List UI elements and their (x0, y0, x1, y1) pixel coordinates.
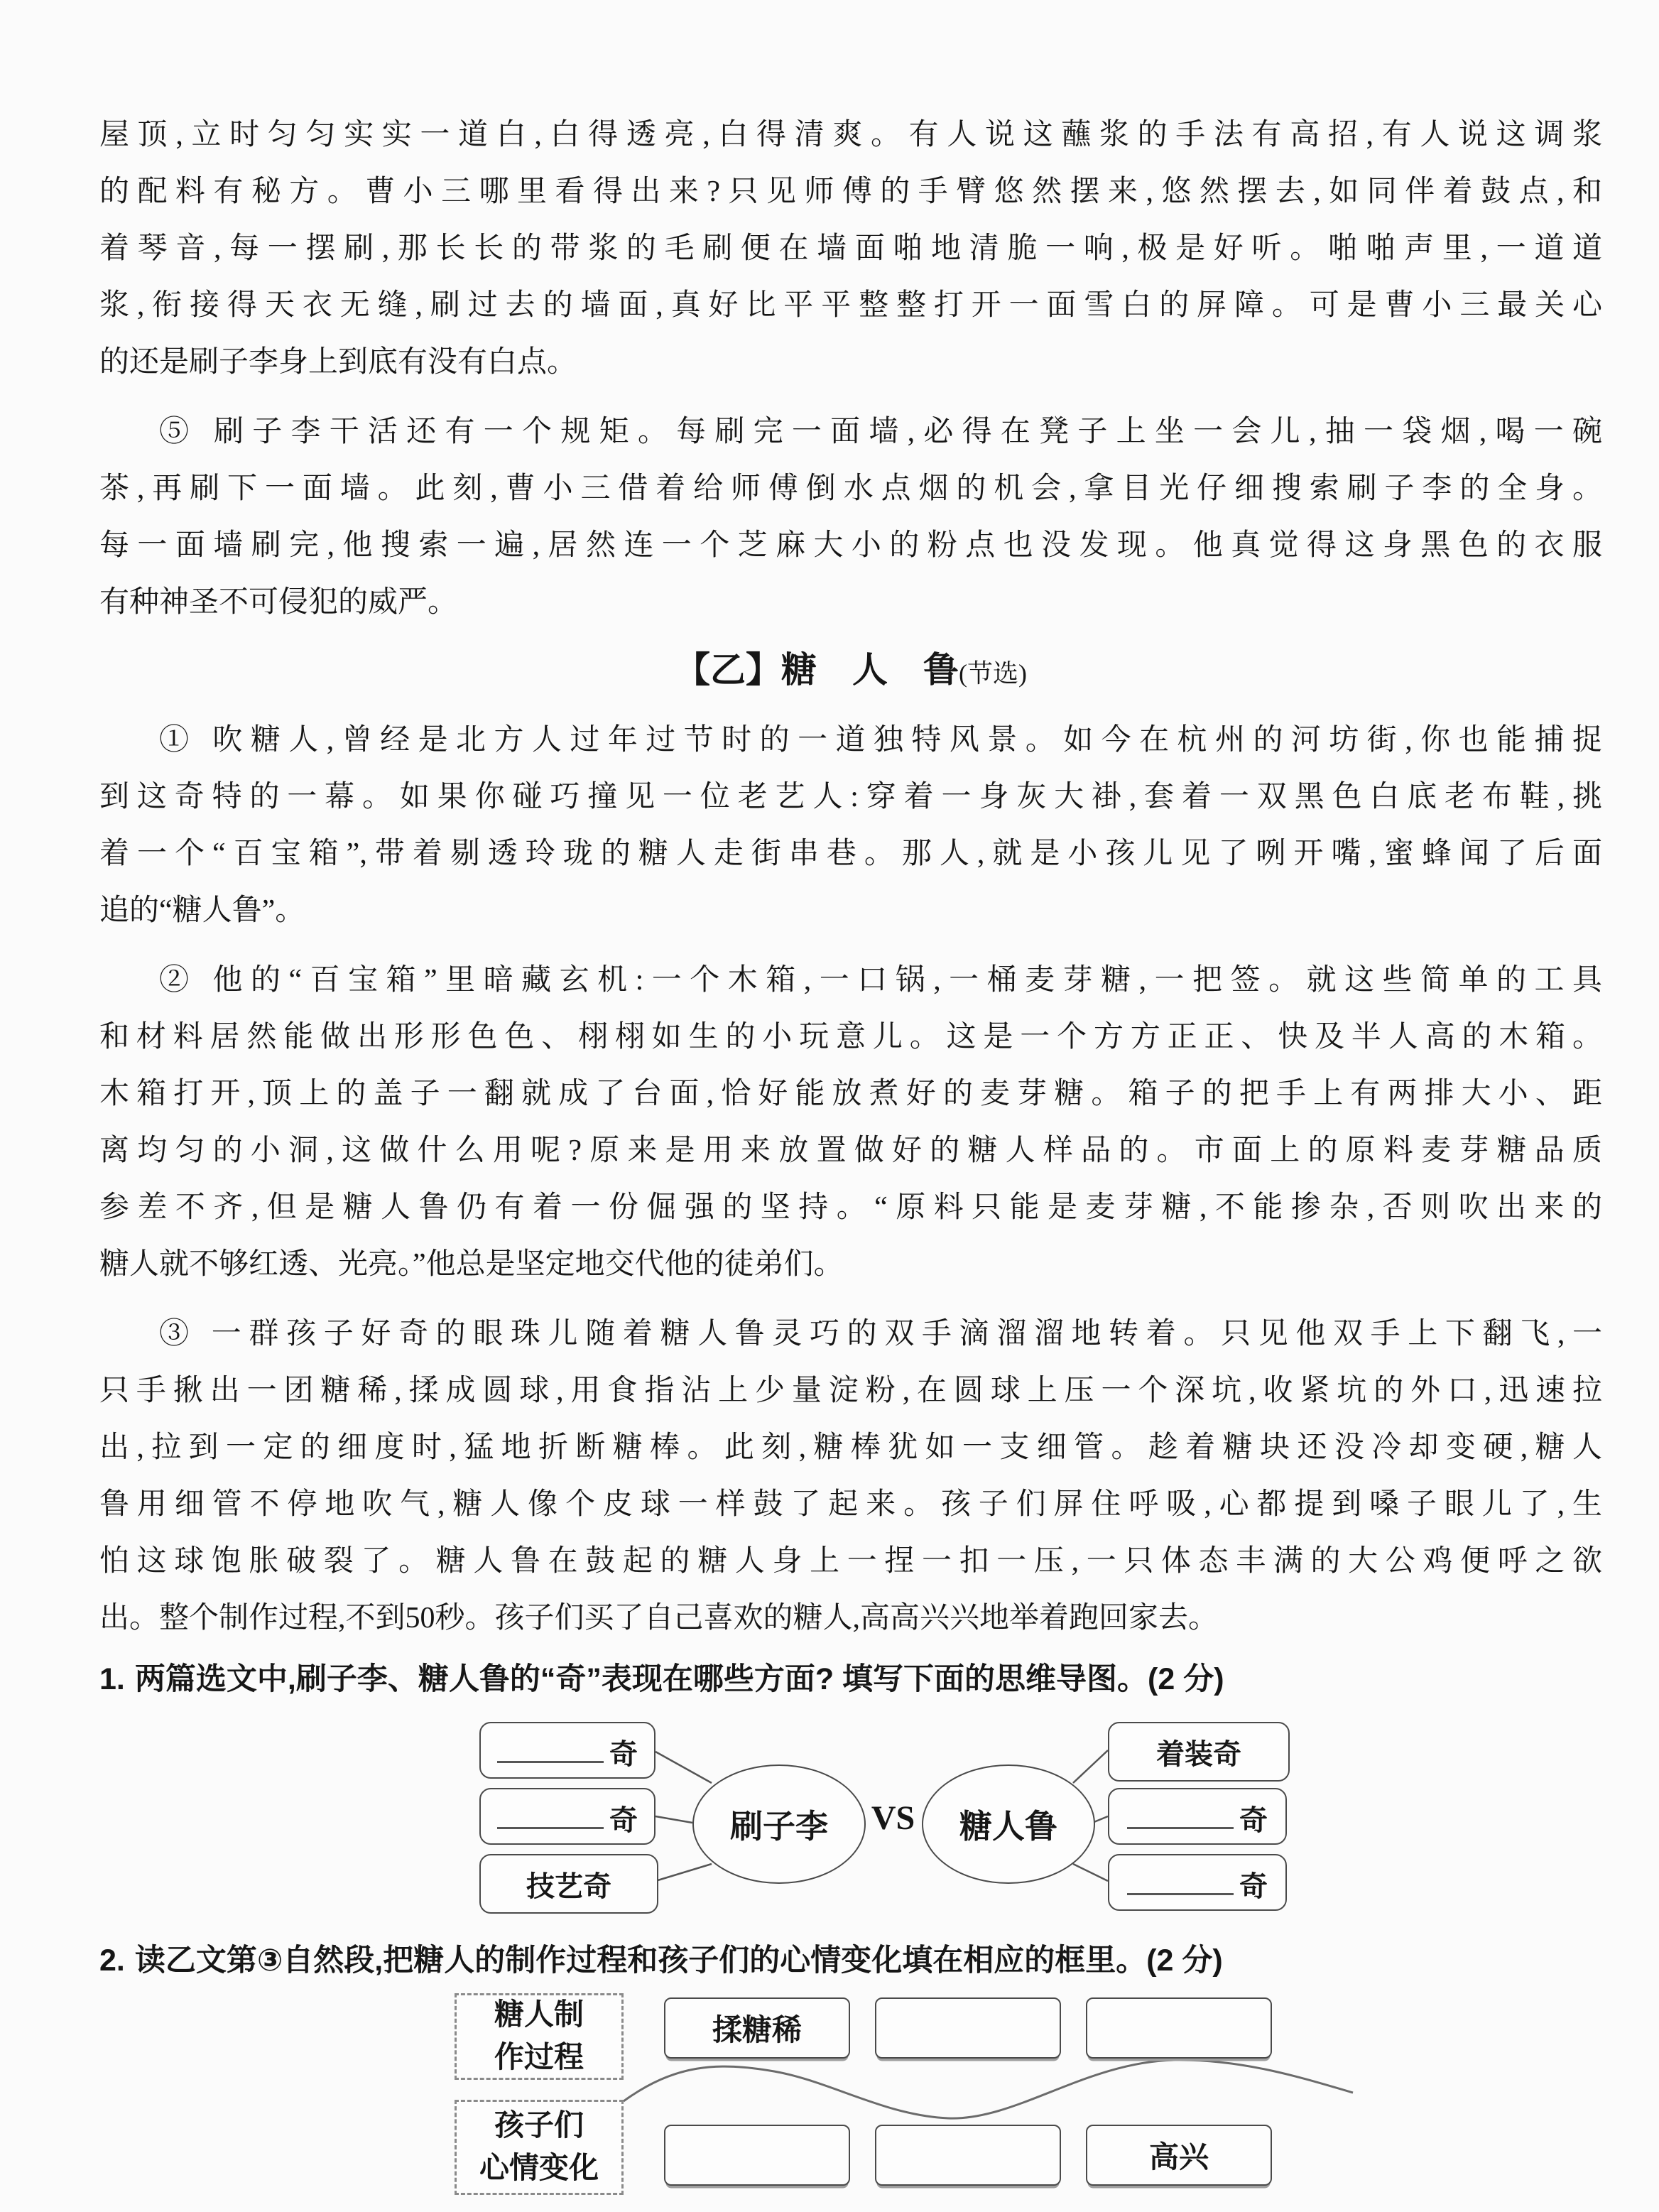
text-line: 追的“糖人鲁”。 (99, 882, 1602, 939)
text-line: 出。整个制作过程,不到50秒。孩子们买了自己喜欢的糖人,高高兴兴地举着跑回家去。 (99, 1590, 1602, 1647)
text-line: 茶,再刷下一面墙。此刻,曹小三借着给师傅倒水点烟的机会,拿目光仔细搜索刷子李的全… (99, 460, 1602, 517)
flow-process-label-line2: 作过程 (494, 2037, 584, 2079)
fill-in-blank[interactable] (1127, 1893, 1234, 1895)
mindmap-left-box-1-suffix: 奇 (609, 1740, 638, 1769)
text-line: 鲁用细管不停地吹气,糖人像个皮球一样鼓了起来。孩子们屏住呼吸,心都提到嗓子眼儿了… (99, 1476, 1602, 1533)
text-line: 着琴音,每一摆刷,那长长的带浆的毛刷便在墙面啪地清脆一响,极是好听。啪啪声里,一… (99, 220, 1602, 277)
mindmap-left-box-3: 技艺奇 (479, 1854, 658, 1914)
passage-jia-continuation: 屋顶,立时匀匀实实一道白,白得透亮,白得清爽。有人说这蘸浆的手法有高招,有人说这… (99, 107, 1602, 391)
worksheet-page: 屋顶,立时匀匀实实一道白,白得透亮,白得清爽。有人说这蘸浆的手法有高招,有人说这… (0, 0, 1659, 2212)
question-1-number: 1. (99, 1662, 125, 1696)
flow-mood-box-3: 高兴 (1086, 2125, 1272, 2186)
question-2-wrap: 2.读乙文第③自然段,把糖人的制作过程和孩子们的心情变化填在相应的框里。(2 分… (0, 1932, 1659, 1989)
text-line: ① 吹糖人,曾经是北方人过年过节时的一道独特风景。如今在杭州的河坊街,你也能捕捉 (99, 712, 1602, 769)
text-line: 出,拉到一定的细度时,猛地折断糖棒。此刻,糖棒犹如一支细管。趁着糖块还没冷却变硬… (99, 1419, 1602, 1476)
mindmap-left-box-3-label: 技艺奇 (526, 1864, 611, 1904)
passage-jia-paragraph-5: ⑤ 刷子李干活还有一个规矩。每刷完一面墙,必得在凳子上坐一会儿,抽一袋烟,喝一碗… (99, 403, 1602, 631)
flow-mood-box-2[interactable] (875, 2125, 1061, 2186)
passage-yi-paragraph-3: ③ 一群孩子好奇的眼珠儿随着糖人鲁灵巧的双手滴溜溜地转着。只见他双手上下翻飞,一… (99, 1306, 1602, 1647)
text-line: ⑤ 刷子李干活还有一个规矩。每刷完一面墙,必得在凳子上坐一会儿,抽一袋烟,喝一碗 (99, 403, 1602, 460)
flow-process-label-line1: 糖人制 (494, 1994, 584, 2037)
fill-in-blank[interactable] (497, 1827, 604, 1829)
mindmap-right-box-2-suffix: 奇 (1239, 1806, 1268, 1835)
mindmap-left-box-2-suffix: 奇 (609, 1806, 638, 1835)
passage-yi-subtitle: (节选) (959, 659, 1027, 688)
text-line: 离均匀的小洞,这做什么用呢?原来是用来放置做好的糖人样品的。市面上的原料麦芽糖品… (99, 1122, 1602, 1179)
flowchart-diagram: 糖人制 作过程 揉糖稀 孩子们 心情变化 高兴 (0, 1993, 1659, 2206)
question-1-text: 两篇选文中,刷子李、糖人鲁的“奇”表现在哪些方面? 填写下面的思维导图。(2 分… (135, 1662, 1224, 1696)
question-1: 1.两篇选文中,刷子李、糖人鲁的“奇”表现在哪些方面? 填写下面的思维导图。(2… (99, 1651, 1602, 1708)
text-line: 到这奇特的一幕。如果你碰巧撞见一位老艺人:穿着一身灰大褂,套着一双黑色白底老布鞋… (99, 769, 1602, 825)
text-line: 着一个“百宝箱”,带着剔透玲珑的糖人走街串巷。那人,就是小孩儿见了咧开嘴,蜜蜂闻… (99, 825, 1602, 882)
passage-yi-heading: 【乙】糖 人 鲁(节选) (99, 641, 1602, 699)
fill-in-blank[interactable] (1127, 1827, 1234, 1829)
text-line: 参差不齐,但是糖人鲁仍有着一份倔强的坚持。“原料只能是麦芽糖,不能掺杂,否则吹出… (99, 1179, 1602, 1236)
flow-process-box-1-label: 揉糖稀 (712, 2007, 802, 2049)
text-line: 每一面墙刷完,他搜索一遍,居然连一个芝麻大小的粉点也没发现。他真觉得这身黑色的衣… (99, 517, 1602, 574)
mindmap-right-box-3-suffix: 奇 (1239, 1872, 1268, 1901)
question-2-number: 2. (99, 1943, 125, 1978)
flow-process-label: 糖人制 作过程 (455, 1993, 624, 2080)
mindmap-left-blank-box-2[interactable]: 奇 (479, 1788, 656, 1845)
text-line: 怕这球饱胀破裂了。糖人鲁在鼓起的糖人身上一捏一扣一压,一只体态丰满的大公鸡便呼之… (99, 1533, 1602, 1590)
mindmap-center-right-oval: 糖人鲁 (922, 1764, 1095, 1884)
mindmap-right-blank-box-2[interactable]: 奇 (1108, 1788, 1287, 1845)
flow-mood-box-3-label: 高兴 (1149, 2134, 1209, 2176)
mindmap-right-box-1-label: 着装奇 (1156, 1732, 1241, 1772)
text-line: 的配料有秘方。曹小三哪里看得出来?只见师傅的手臂悠然摆来,悠然摆去,如同伴着鼓点… (99, 163, 1602, 220)
mindmap-right-box-1: 着装奇 (1108, 1722, 1290, 1782)
text-line: ② 他的“百宝箱”里暗藏玄机:一个木箱,一口锅,一桶麦芽糖,一把签。就这些简单的… (99, 952, 1602, 1009)
flow-mood-box-1[interactable] (664, 2125, 850, 2186)
text-line: 屋顶,立时匀匀实实一道白,白得透亮,白得清爽。有人说这蘸浆的手法有高招,有人说这… (99, 107, 1602, 163)
mindmap-versus-label: VS (863, 1799, 923, 1838)
flow-process-box-3[interactable] (1086, 1997, 1272, 2059)
text-line: 和材料居然能做出形形色色、栩栩如生的小玩意儿。这是一个方方正正、快及半人高的木箱… (99, 1009, 1602, 1066)
flow-process-box-2[interactable] (875, 1997, 1061, 2059)
mindmap-left-blank-box-1[interactable]: 奇 (479, 1722, 656, 1779)
mindmap-diagram: 奇 奇 技艺奇 刷子李 VS 糖人鲁 着装奇 奇 奇 (0, 1715, 1659, 1928)
passage-yi-paragraph-2: ② 他的“百宝箱”里暗藏玄机:一个木箱,一口锅,一桶麦芽糖,一把签。就这些简单的… (99, 952, 1602, 1293)
text-line: 糖人就不够红透、光亮。”他总是坚定地交代他的徒弟们。 (99, 1236, 1602, 1293)
text-line: 的还是刷子李身上到底有没有白点。 (99, 334, 1602, 391)
passage-yi-paragraph-1: ① 吹糖人,曾经是北方人过年过节时的一道独特风景。如今在杭州的河坊街,你也能捕捉… (99, 712, 1602, 939)
text-line: 只手揪出一团糖稀,揉成圆球,用食指沾上少量淀粉,在圆球上压一个深坑,收紧坑的外口… (99, 1362, 1602, 1419)
flow-mood-label-line1: 孩子们 (494, 2105, 584, 2147)
flow-mood-label: 孩子们 心情变化 (455, 2100, 624, 2195)
mindmap-center-right-label: 糖人鲁 (959, 1801, 1057, 1848)
mindmap-center-left-oval: 刷子李 (692, 1764, 866, 1884)
text-line: 木箱打开,顶上的盖子一翻就成了台面,恰好能放煮好的麦芽糖。箱子的把手上有两排大小… (99, 1066, 1602, 1122)
text-line: ③ 一群孩子好奇的眼珠儿随着糖人鲁灵巧的双手滴溜溜地转着。只见他双手上下翻飞,一 (99, 1306, 1602, 1362)
mindmap-right-blank-box-3[interactable]: 奇 (1108, 1854, 1287, 1911)
passage-yi-title: 【乙】糖 人 鲁 (675, 650, 959, 690)
flow-mood-label-line2: 心情变化 (479, 2147, 599, 2190)
question-2: 2.读乙文第③自然段,把糖人的制作过程和孩子们的心情变化填在相应的框里。(2 分… (99, 1932, 1602, 1989)
text-line: 有种神圣不可侵犯的威严。 (99, 574, 1602, 631)
text-line: 浆,衔接得天衣无缝,刷过去的墙面,真好比平平整整打开一面雪白的屏障。可是曹小三最… (99, 277, 1602, 334)
flow-process-box-1: 揉糖稀 (664, 1997, 850, 2059)
fill-in-blank[interactable] (497, 1761, 604, 1763)
mindmap-center-left-label: 刷子李 (730, 1801, 828, 1848)
worksheet-content: 屋顶,立时匀匀实实一道白,白得透亮,白得清爽。有人说这蘸浆的手法有高招,有人说这… (0, 0, 1659, 1708)
question-2-text: 读乙文第③自然段,把糖人的制作过程和孩子们的心情变化填在相应的框里。(2 分) (135, 1943, 1223, 1978)
